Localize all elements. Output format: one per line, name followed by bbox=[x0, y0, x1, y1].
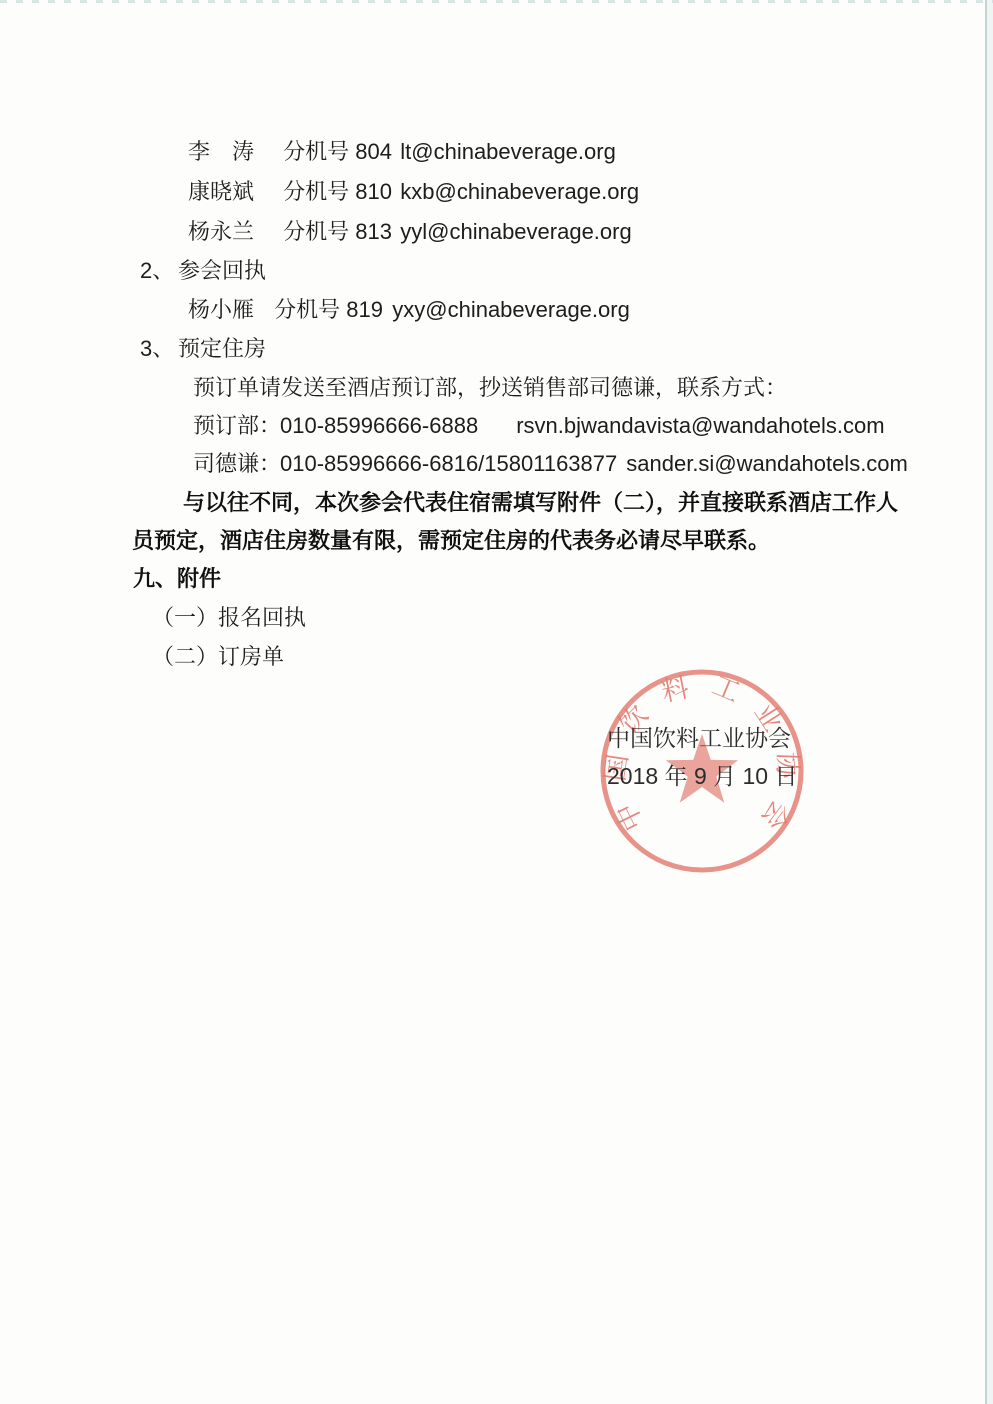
sales-contact-label: 司德谦： bbox=[193, 450, 280, 478]
attachment-item: （一）报名回执 bbox=[152, 604, 306, 632]
notice-line-2: 员预定，酒店住房数量有限，需预定住房的代表务必请尽早联系。 bbox=[132, 527, 770, 555]
booking-intro: 预订单请发送至酒店预订部，抄送销售部司德谦，联系方式： bbox=[193, 374, 787, 402]
scan-artifact-top-edge bbox=[0, 0, 993, 3]
sales-contact-phone: 010-85996666-6816/15801163877 bbox=[280, 451, 617, 476]
scan-artifact-right-shade bbox=[987, 0, 993, 1404]
attachment-item: （二）订房单 bbox=[152, 643, 284, 671]
item3-heading: 3、预定住房 bbox=[140, 335, 266, 363]
contact-extension: 分机号 810 bbox=[283, 178, 394, 206]
contact-email: kxb@chinabeverage.org bbox=[400, 179, 639, 204]
booking-dept-row: 预订部：010-85996666-6888rsvn.bjwandavista@w… bbox=[193, 412, 885, 440]
booking-dept-phone: 010-85996666-6888 bbox=[280, 413, 478, 438]
contact-name: 康晓斌 bbox=[188, 178, 277, 206]
item3-title: 预定住房 bbox=[178, 336, 266, 361]
contact-extension: 分机号 819 bbox=[274, 296, 386, 324]
contact-row: 康晓斌 分机号 810 kxb@chinabeverage.org bbox=[188, 178, 639, 206]
contact-name: 杨永兰 bbox=[188, 218, 277, 246]
booking-dept-label: 预订部： bbox=[193, 412, 280, 440]
contact-name: 李 涛 bbox=[188, 138, 277, 166]
signature-org: 中国饮料工业协会 bbox=[607, 720, 791, 753]
contact-row: 杨永兰 分机号 813 yyl@chinabeverage.org bbox=[188, 218, 632, 246]
item2-heading: 2、参会回执 bbox=[140, 257, 266, 285]
sales-contact-row: 司德谦：010-85996666-6816/15801163877sander.… bbox=[193, 450, 908, 478]
booking-dept-email: rsvn.bjwandavista@wandahotels.com bbox=[516, 413, 884, 438]
scanned-document-page: 李 涛 分机号 804 lt@chinabeverage.org 康晓斌 分机号… bbox=[0, 0, 993, 1404]
notice-line-1: 与以往不同，本次参会代表住宿需填写附件（二），并直接联系酒店工作人 bbox=[183, 489, 898, 517]
scan-artifact-right-line bbox=[985, 0, 987, 1404]
contact-extension: 分机号 813 bbox=[283, 218, 394, 246]
signature-date: 2018 年 9 月 10 日 bbox=[607, 758, 798, 791]
contact-extension: 分机号 804 bbox=[283, 138, 394, 166]
item2-number: 2、 bbox=[140, 257, 178, 285]
sales-contact-email: sander.si@wandahotels.com bbox=[626, 451, 908, 476]
section9-heading: 九、附件 bbox=[133, 565, 221, 593]
contact-row: 杨小雁 分机号 819 yxy@chinabeverage.org bbox=[188, 296, 630, 324]
contact-email: lt@chinabeverage.org bbox=[400, 139, 616, 164]
contact-email: yxy@chinabeverage.org bbox=[392, 297, 630, 322]
contact-email: yyl@chinabeverage.org bbox=[400, 219, 631, 244]
item2-title: 参会回执 bbox=[178, 258, 266, 283]
contact-row: 李 涛 分机号 804 lt@chinabeverage.org bbox=[188, 138, 616, 166]
item3-number: 3、 bbox=[140, 335, 178, 363]
contact-name: 杨小雁 bbox=[188, 296, 268, 324]
